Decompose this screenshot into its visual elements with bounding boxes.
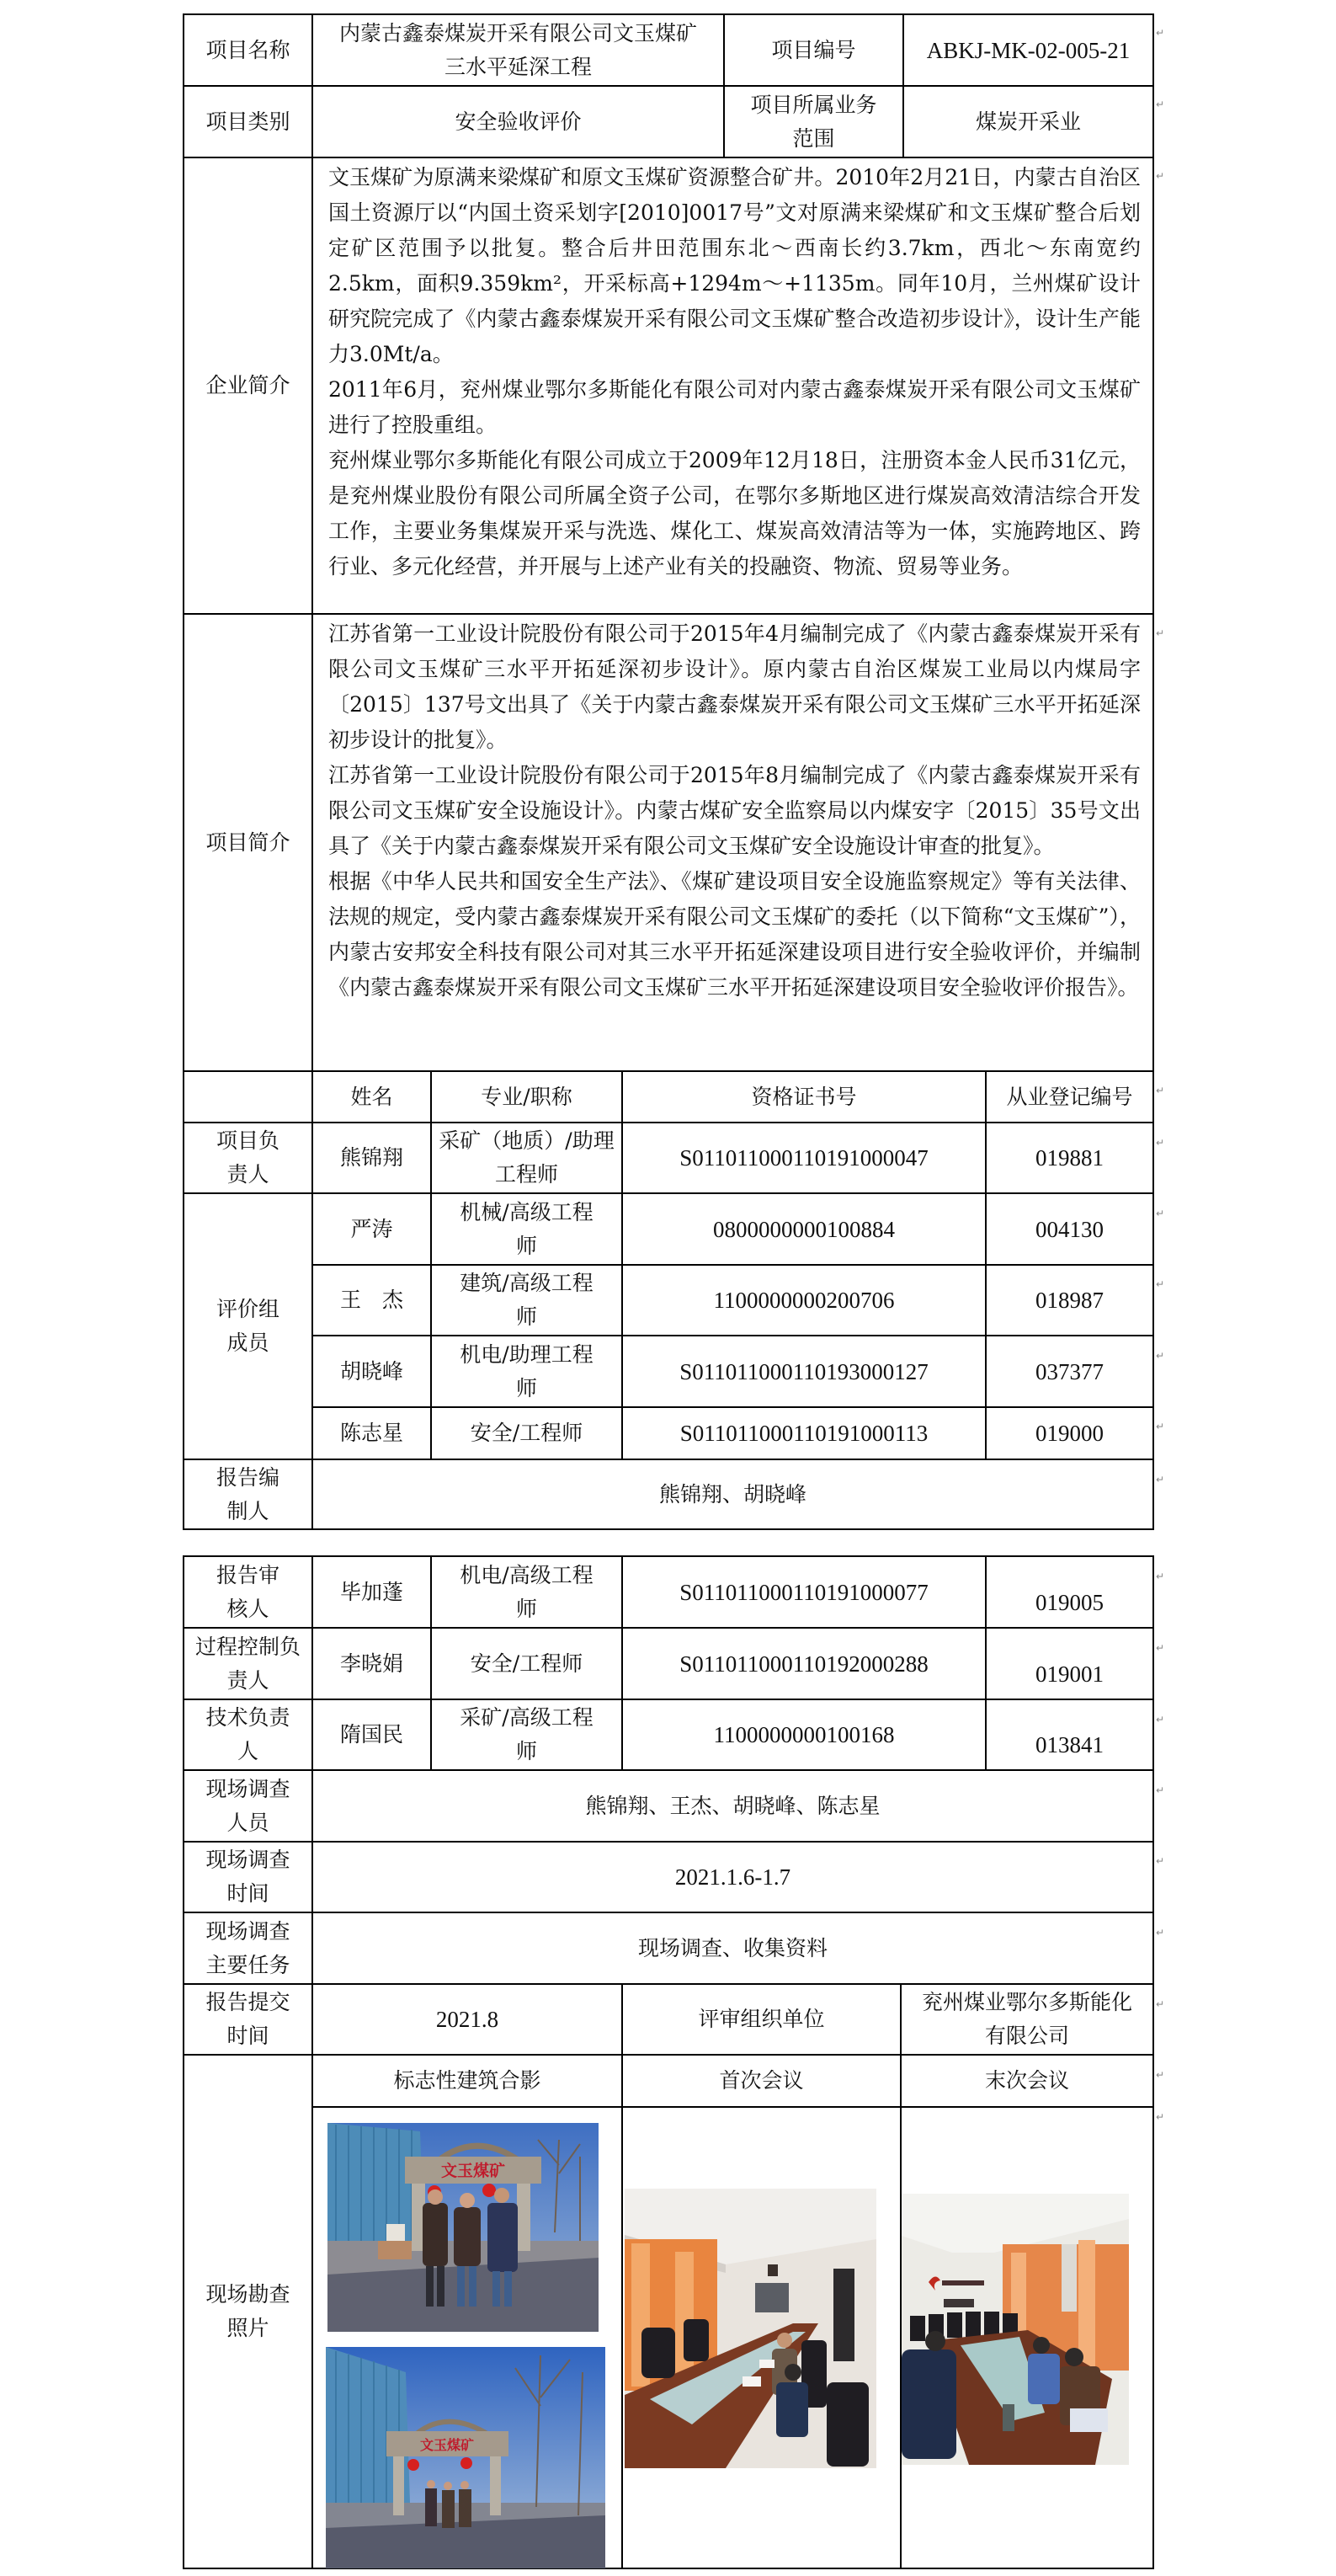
header-text: 从业登记编号 xyxy=(1006,1080,1132,1115)
reg-text: 019881 xyxy=(1035,1140,1104,1176)
project-intro-paragraph: 江苏省第一工业设计院股份有限公司于2015年4月编制完成了《内蒙古鑫泰煤炭开采有… xyxy=(328,616,1141,758)
person-name: 严涛 xyxy=(311,1192,432,1266)
reg-text: 004130 xyxy=(1035,1212,1104,1247)
project-no-label: 项目编号 xyxy=(723,13,904,87)
personnel-header-blank xyxy=(183,1070,313,1123)
label-text: 项目编号 xyxy=(771,33,855,68)
col-header-name: 姓名 xyxy=(311,1070,432,1123)
label-text: 报告编制人 xyxy=(208,1461,288,1528)
project-intro-body: 江苏省第一工业设计院股份有限公司于2015年4月编制完成了《内蒙古鑫泰煤炭开采有… xyxy=(311,613,1154,1072)
first-meeting-photo-image xyxy=(625,2189,876,2468)
person-cert: S011011000110192000288 xyxy=(621,1627,987,1700)
person-name: 李晓娟 xyxy=(311,1627,432,1700)
label-text: 技术负责人 xyxy=(196,1701,300,1768)
last-meeting-photo xyxy=(902,2194,1129,2465)
name-text: 王 杰 xyxy=(340,1283,403,1318)
name-text: 陈志星 xyxy=(340,1416,403,1451)
paragraph-mark-icon: ↵ xyxy=(1156,1350,1164,1362)
landmark-photo-1-image: 文玉煤矿 xyxy=(327,2123,599,2332)
name-text: 熊锦翔 xyxy=(340,1140,403,1176)
person-name: 隋国民 xyxy=(311,1699,432,1771)
label-text: 企业简介 xyxy=(205,368,290,403)
person-reg: 013841 xyxy=(985,1699,1154,1771)
survey-task-label: 现场调查主要任务 xyxy=(183,1912,313,1985)
paragraph-mark-icon: ↵ xyxy=(1156,99,1164,110)
label-text: 评审组织单位 xyxy=(698,2002,824,2037)
name-text: 隋国民 xyxy=(340,1717,403,1752)
survey-time-value: 2021.1.6-1.7 xyxy=(311,1841,1154,1913)
person-cert: S011011000110191000113 xyxy=(621,1406,987,1460)
cert-text: S011011000110191000047 xyxy=(679,1140,929,1176)
paragraph-mark-icon: ↵ xyxy=(1156,1421,1164,1432)
person-reg: 019005 xyxy=(985,1555,1154,1629)
survey-staff-label: 现场调查人员 xyxy=(183,1769,313,1843)
paragraph-mark-icon: ↵ xyxy=(1156,1278,1164,1290)
cert-text: 1100000000100168 xyxy=(714,1717,895,1752)
project-type-value: 安全验收评价 xyxy=(311,85,725,158)
person-reg: 019000 xyxy=(985,1406,1154,1460)
value-text: 熊锦翔、胡晓峰 xyxy=(659,1477,806,1512)
header-text: 资格证书号 xyxy=(751,1080,856,1115)
sign-text: 文玉煤矿 xyxy=(420,2437,474,2453)
cert-text: S011011000110191000077 xyxy=(679,1575,929,1610)
business-scope-value: 煤炭开采业 xyxy=(902,85,1154,158)
label-text: 项目所属业务范围 xyxy=(747,88,881,156)
title-text: 采矿（地质）/助理工程师 xyxy=(439,1124,615,1192)
title-text: 采矿/高级工程师 xyxy=(457,1701,596,1768)
person-reg: 004130 xyxy=(985,1192,1154,1266)
name-text: 毕加蓬 xyxy=(340,1575,403,1610)
survey-staff-value: 熊锦翔、王杰、胡晓峰、陈志星 xyxy=(311,1769,1154,1843)
header-text: 专业/职称 xyxy=(481,1080,572,1115)
photo-col-last-meeting: 末次会议 xyxy=(900,2054,1154,2108)
first-meeting-photo xyxy=(625,2189,876,2468)
person-title: 采矿/高级工程师 xyxy=(430,1699,623,1771)
landmark-photo-1: 文玉煤矿 xyxy=(327,2123,599,2332)
person-reg: 019881 xyxy=(985,1122,1154,1194)
label-text: 项目简介 xyxy=(205,825,290,861)
paragraph-mark-icon: ↵ xyxy=(1156,1571,1164,1582)
person-title: 采矿（地质）/助理工程师 xyxy=(430,1122,623,1194)
reg-text: 037377 xyxy=(1035,1354,1104,1389)
paragraph-mark-icon: ↵ xyxy=(1156,627,1164,639)
submit-time-label: 报告提交时间 xyxy=(183,1983,313,2056)
label-text: 过程控制负责人 xyxy=(191,1630,305,1698)
project-name-value: 内蒙古鑫泰煤炭开采有限公司文玉煤矿三水平延深工程 xyxy=(311,13,725,87)
paragraph-mark-icon: ↵ xyxy=(1156,1998,1164,2010)
paragraph-mark-icon: ↵ xyxy=(1156,1927,1164,1939)
person-title: 机电/助理工程师 xyxy=(430,1335,623,1408)
review-org-label: 评审组织单位 xyxy=(621,1983,902,2056)
project-leader-label: 项目负责人 xyxy=(183,1122,313,1194)
header-text: 姓名 xyxy=(350,1080,392,1115)
value-text: 2021.1.6-1.7 xyxy=(675,1859,790,1895)
business-scope-label: 项目所属业务范围 xyxy=(723,85,904,158)
label-text: 项目名称 xyxy=(205,33,290,68)
person-name: 王 杰 xyxy=(311,1264,432,1336)
company-intro-paragraph: 兖州煤业鄂尔多斯能化有限公司成立于2009年12月18日，注册资本金人民币31亿… xyxy=(328,443,1141,584)
cert-text: S011011000110191000113 xyxy=(680,1416,929,1451)
label-text: 现场勘查照片 xyxy=(196,2278,300,2345)
person-reg: 019001 xyxy=(985,1627,1154,1700)
cert-text: S011011000110192000288 xyxy=(679,1646,929,1682)
label-text: 项目负责人 xyxy=(208,1124,288,1192)
paragraph-mark-icon: ↵ xyxy=(1156,1085,1164,1096)
paragraph-mark-icon: ↵ xyxy=(1156,2069,1164,2081)
reviewer-role: 技术负责人 xyxy=(183,1699,313,1771)
reviewer-role: 报告审核人 xyxy=(183,1555,313,1629)
value-text: 内蒙古鑫泰煤炭开采有限公司文玉煤矿三水平延深工程 xyxy=(330,17,706,84)
person-cert: S011011000110191000077 xyxy=(621,1555,987,1629)
project-intro-label: 项目简介 xyxy=(183,613,313,1072)
cert-text: S011011000110193000127 xyxy=(679,1354,929,1389)
paragraph-mark-icon: ↵ xyxy=(1156,1137,1164,1149)
paragraph-mark-icon: ↵ xyxy=(1156,1208,1164,1219)
reg-text: 018987 xyxy=(1035,1283,1104,1318)
paragraph-mark-icon: ↵ xyxy=(1156,170,1164,182)
value-text: 兖州煤业鄂尔多斯能化有限公司 xyxy=(918,1986,1136,2053)
report-author-label: 报告编制人 xyxy=(183,1459,313,1530)
label-text: 项目类别 xyxy=(205,104,290,140)
header-text: 末次会议 xyxy=(985,2063,1069,2099)
landmark-photo-2: 文玉煤矿 xyxy=(326,2347,605,2568)
sign-text: 文玉煤矿 xyxy=(441,2161,505,2180)
project-type-label: 项目类别 xyxy=(183,85,313,158)
company-intro-paragraph: 文玉煤矿为原满来梁煤矿和原文玉煤矿资源整合矿井。2010年2月21日，内蒙古自治… xyxy=(328,160,1141,372)
title-text: 安全/工程师 xyxy=(471,1416,583,1451)
person-reg: 037377 xyxy=(985,1335,1154,1408)
person-name: 陈志星 xyxy=(311,1406,432,1460)
person-name: 熊锦翔 xyxy=(311,1122,432,1194)
col-header-cert: 资格证书号 xyxy=(621,1070,987,1123)
label-text: 现场调查主要任务 xyxy=(196,1915,300,1982)
project-intro-paragraph: 根据《中华人民共和国安全生产法》、《煤矿建设项目安全设施监察规定》等有关法律、法… xyxy=(328,864,1141,1005)
project-intro-paragraph: 江苏省第一工业设计院股份有限公司于2015年8月编制完成了《内蒙古鑫泰煤炭开采有… xyxy=(328,758,1141,864)
name-text: 李晓娟 xyxy=(340,1646,403,1682)
photos-label: 现场勘查照片 xyxy=(183,2054,313,2569)
title-text: 机电/高级工程师 xyxy=(457,1559,596,1626)
paragraph-mark-icon: ↵ xyxy=(1156,1642,1164,1654)
person-title: 机电/高级工程师 xyxy=(430,1555,623,1629)
company-intro-label: 企业简介 xyxy=(183,157,313,615)
cert-text: 1100000000200706 xyxy=(714,1283,895,1318)
value-text: 煤炭开采业 xyxy=(976,104,1081,140)
person-reg: 018987 xyxy=(985,1264,1154,1336)
title-text: 机电/助理工程师 xyxy=(457,1338,596,1405)
company-intro-body: 文玉煤矿为原满来梁煤矿和原文玉煤矿资源整合矿井。2010年2月21日，内蒙古自治… xyxy=(311,157,1154,615)
review-org-value: 兖州煤业鄂尔多斯能化有限公司 xyxy=(900,1983,1154,2056)
col-header-reg: 从业登记编号 xyxy=(985,1070,1154,1123)
person-cert: S011011000110193000127 xyxy=(621,1335,987,1408)
label-text: 报告审核人 xyxy=(208,1559,288,1626)
survey-task-value: 现场调查、收集资料 xyxy=(311,1912,1154,1985)
project-no-value: ABKJ-MK-02-005-21 xyxy=(902,13,1154,87)
project-name-label: 项目名称 xyxy=(183,13,313,87)
survey-time-label: 现场调查时间 xyxy=(183,1841,313,1913)
col-header-title: 专业/职称 xyxy=(430,1070,623,1123)
value-text: 安全验收评价 xyxy=(455,104,581,140)
person-cert: 0800000000100884 xyxy=(621,1192,987,1266)
submit-time-value: 2021.8 xyxy=(311,1983,623,2056)
paragraph-mark-icon: ↵ xyxy=(1156,1474,1164,1485)
value-text: 熊锦翔、王杰、胡晓峰、陈志星 xyxy=(585,1789,880,1824)
paragraph-mark-icon: ↵ xyxy=(1156,27,1164,39)
paragraph-mark-icon: ↵ xyxy=(1156,1714,1164,1725)
last-meeting-photo-image xyxy=(902,2194,1129,2465)
reg-text: 013841 xyxy=(1035,1727,1104,1763)
paragraph-mark-icon: ↵ xyxy=(1156,1855,1164,1867)
cert-text: 0800000000100884 xyxy=(713,1212,895,1247)
photo-col-first-meeting: 首次会议 xyxy=(621,2054,902,2108)
value-text: 现场调查、收集资料 xyxy=(638,1931,828,1966)
value-text: ABKJ-MK-02-005-21 xyxy=(927,33,1130,68)
person-name: 毕加蓬 xyxy=(311,1555,432,1629)
paragraph-mark-icon: ↵ xyxy=(1156,1784,1164,1796)
person-title: 机械/高级工程师 xyxy=(430,1192,623,1266)
person-cert: S011011000110191000047 xyxy=(621,1122,987,1194)
header-text: 标志性建筑合影 xyxy=(393,2063,540,2099)
reg-text: 019005 xyxy=(1035,1585,1104,1620)
person-title: 建筑/高级工程师 xyxy=(430,1264,623,1336)
reg-text: 019000 xyxy=(1035,1416,1104,1451)
header-text: 首次会议 xyxy=(719,2063,803,2099)
person-title: 安全/工程师 xyxy=(430,1406,623,1460)
person-cert: 1100000000200706 xyxy=(621,1264,987,1336)
paragraph-mark-icon: ↵ xyxy=(1156,2111,1164,2123)
title-text: 安全/工程师 xyxy=(471,1646,583,1682)
person-cert: 1100000000100168 xyxy=(621,1699,987,1771)
landmark-photo-2-image: 文玉煤矿 xyxy=(326,2347,605,2568)
title-text: 机械/高级工程师 xyxy=(457,1196,596,1263)
value-text: 2021.8 xyxy=(436,2002,498,2037)
title-text: 建筑/高级工程师 xyxy=(457,1267,596,1334)
label-text: 报告提交时间 xyxy=(196,1986,300,2053)
name-text: 胡晓峰 xyxy=(340,1354,403,1389)
company-intro-paragraph: 2011年6月，兖州煤业鄂尔多斯能化有限公司对内蒙古鑫泰煤炭开采有限公司文玉煤矿… xyxy=(328,372,1141,443)
report-author-value: 熊锦翔、胡晓峰 xyxy=(311,1459,1154,1530)
label-text: 评价组成员 xyxy=(208,1293,288,1360)
reviewer-role: 过程控制负责人 xyxy=(183,1627,313,1700)
name-text: 严涛 xyxy=(350,1212,392,1247)
label-text: 现场调查时间 xyxy=(196,1843,300,1911)
photo-col-landmark: 标志性建筑合影 xyxy=(311,2054,623,2108)
person-name: 胡晓峰 xyxy=(311,1335,432,1408)
label-text: 现场调查人员 xyxy=(196,1773,300,1840)
team-label: 评价组成员 xyxy=(183,1192,313,1460)
reg-text: 019001 xyxy=(1035,1656,1104,1692)
person-title: 安全/工程师 xyxy=(430,1627,623,1700)
